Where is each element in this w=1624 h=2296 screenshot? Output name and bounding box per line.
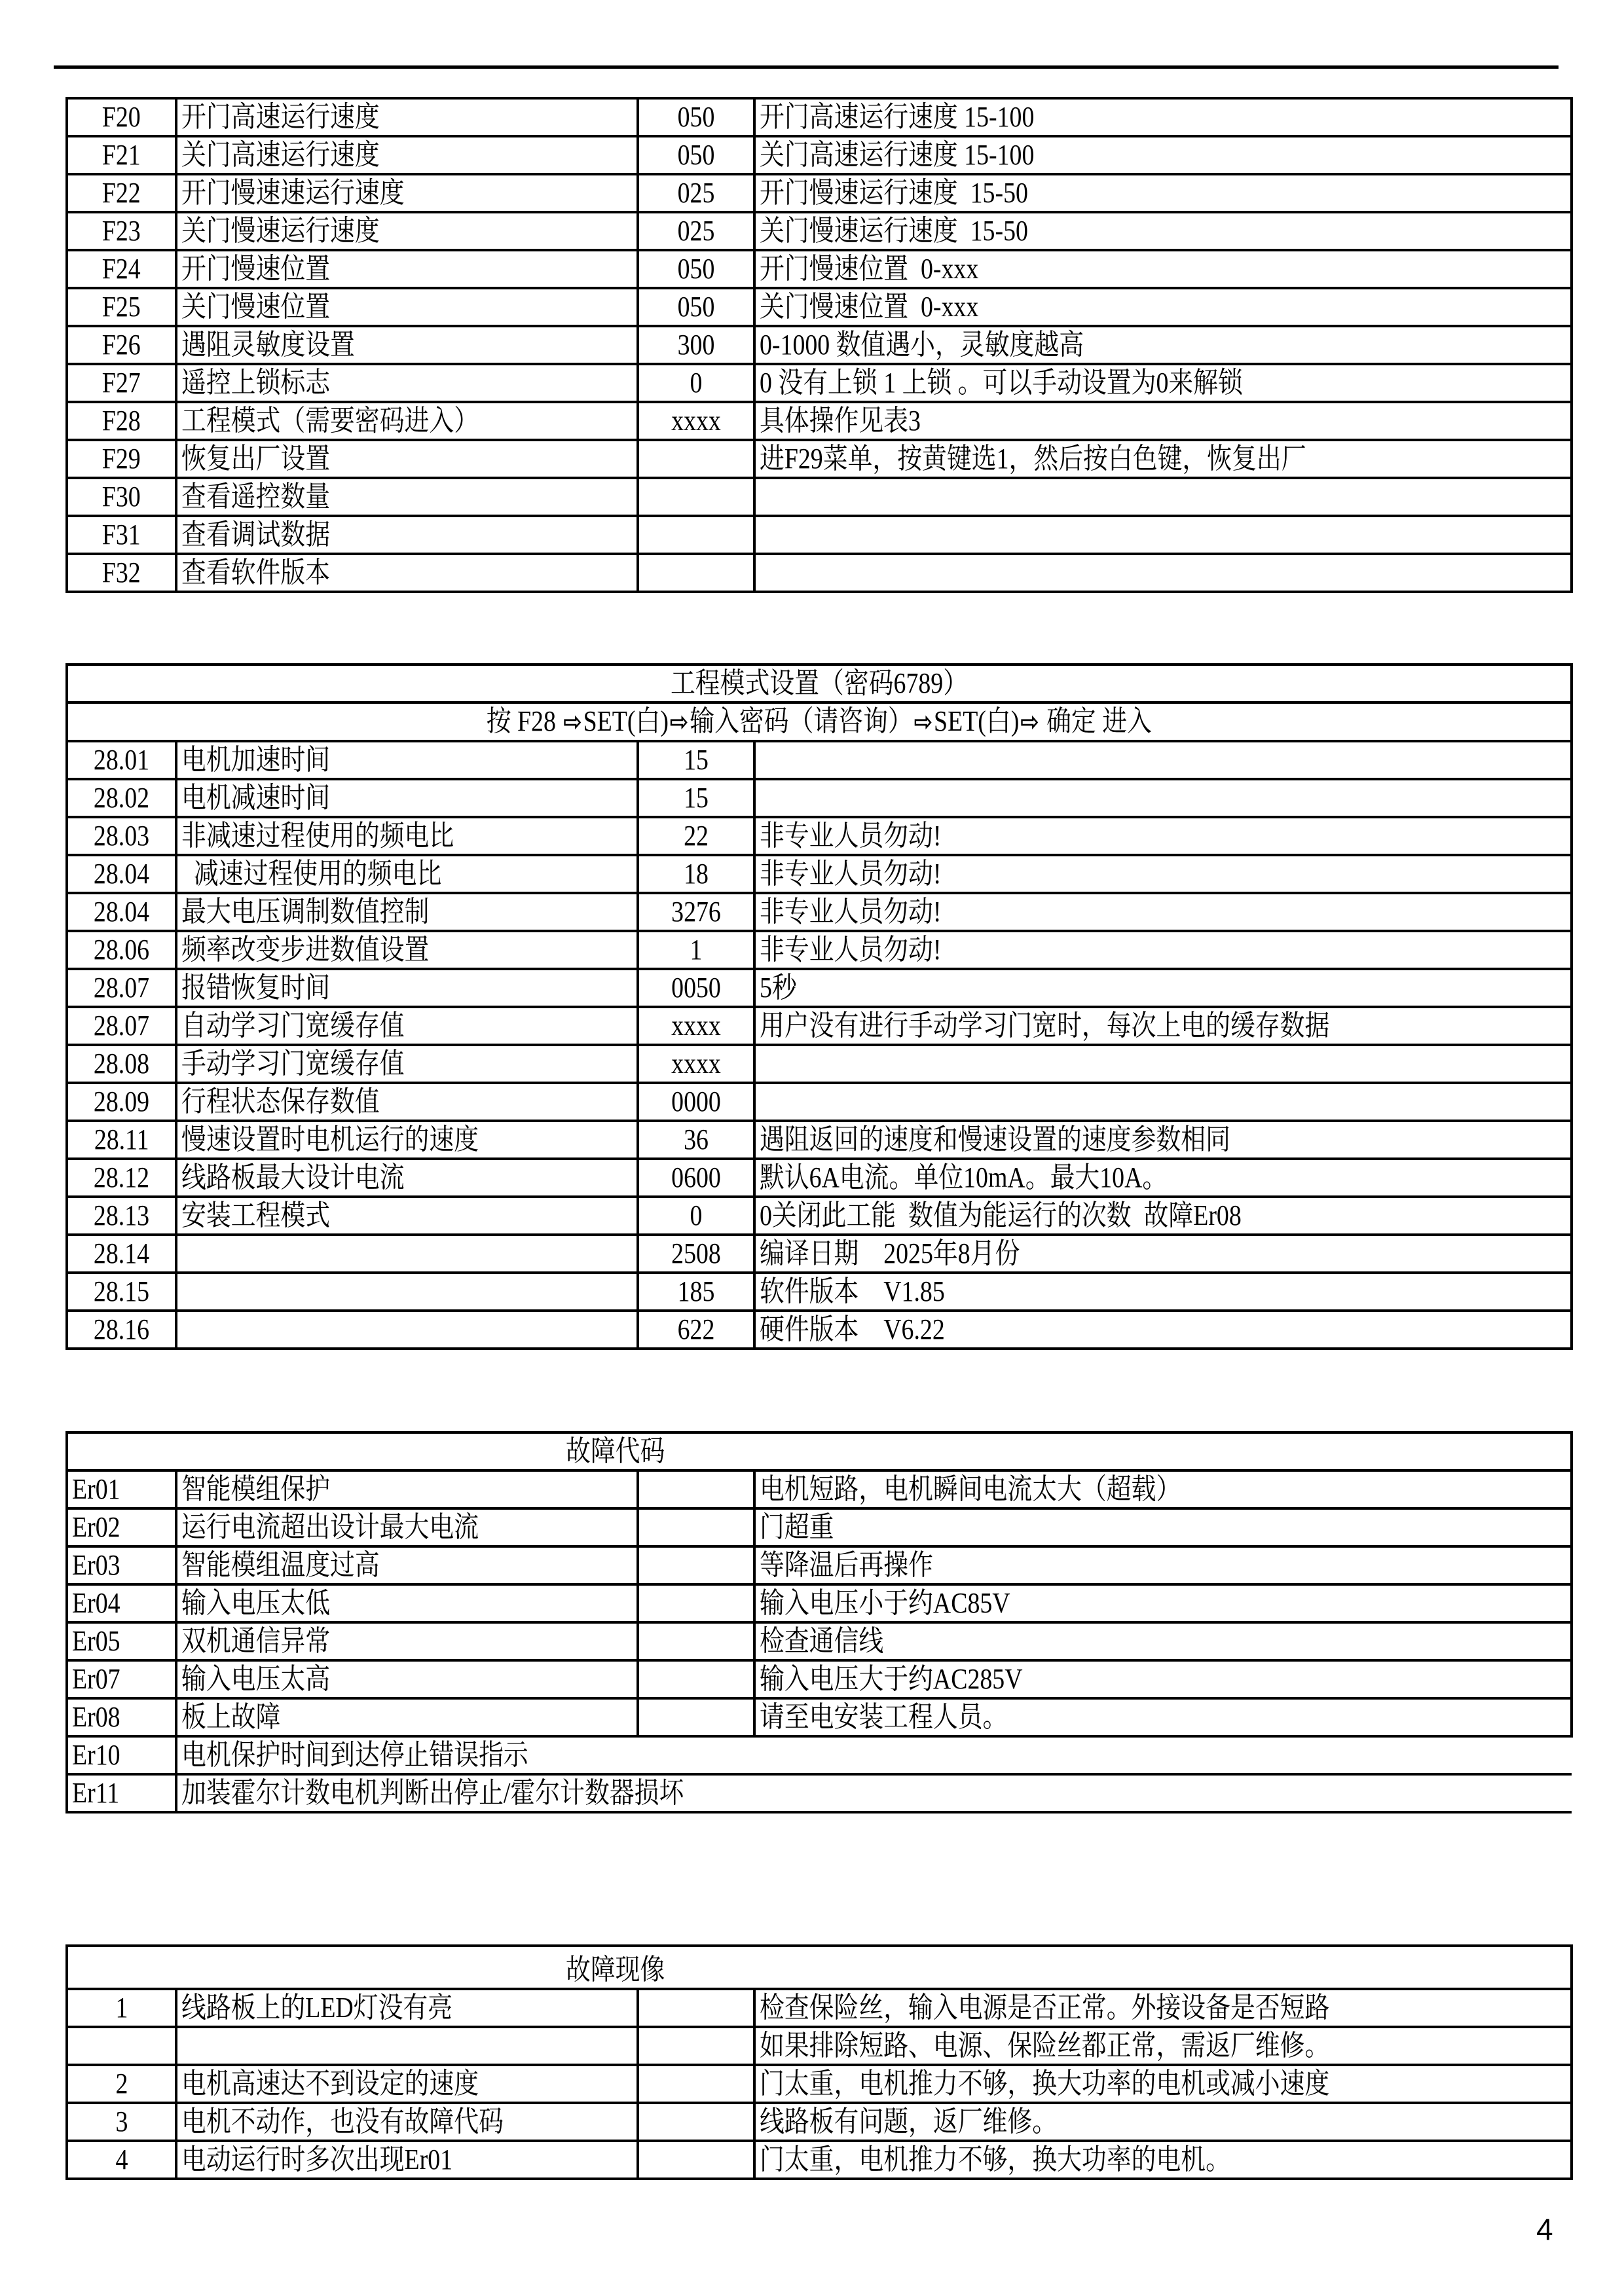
fault-code-text: Er04: [72, 1586, 120, 1621]
param-note-text: 关门慢速位置 0-xxx: [760, 289, 978, 325]
param-note-text: 具体操作见表3: [760, 403, 921, 439]
table-row: 28.11慢速设置时电机运行的速度36遇阻返回的速度和慢速设置的速度参数相同: [67, 1121, 1572, 1159]
fault-code: Er07: [67, 1660, 176, 1698]
instruction-step-set-confirm: SET(白): [934, 705, 1019, 737]
eng-name: 手动学习门宽缓存值: [176, 1045, 638, 1083]
param-value-text: xxxx: [671, 403, 721, 439]
eng-value-text: 185: [678, 1274, 715, 1309]
param-name: 关门高速运行速度: [176, 136, 638, 174]
symptom-description-text: 电动运行时多次出现Er01: [181, 2142, 452, 2178]
symptom-number: [67, 2027, 176, 2065]
param-code-text: F28: [102, 403, 141, 439]
param-name-text: 恢复出厂设置: [181, 441, 330, 477]
eng-name-text: 电机减速时间: [181, 780, 330, 816]
eng-name: [176, 1311, 638, 1349]
eng-value: 15: [638, 779, 754, 817]
symptom-number-text: 1: [115, 1990, 128, 2026]
param-note: [754, 516, 1572, 554]
fault-name-text: 双机通信异常: [181, 1624, 330, 1659]
param-value: 050: [638, 250, 754, 288]
fault-code: Er01: [67, 1470, 176, 1508]
fault-code: Er05: [67, 1622, 176, 1660]
symptom-description: 电机不动作，也没有故障代码: [176, 2103, 638, 2141]
symptom-solution-text: 门太重，电机推力不够，换大功率的电机或减小速度: [760, 2066, 1329, 2102]
eng-name-text: 减速过程使用的频电比: [181, 856, 441, 892]
fault-code-text: Er02: [72, 1510, 120, 1545]
eng-note-text: 默认6A电流。单位10mA。最大10A。: [760, 1160, 1167, 1195]
symptom-solution: 检查保险丝，输入电源是否正常。外接设备是否短路: [754, 1989, 1572, 2027]
eng-note-text: 编译日期 2025年8月份: [760, 1236, 1020, 1271]
table-row: 如果排除短路、电源、保险丝都正常，需返厂维修。: [67, 2027, 1572, 2065]
symptom-number-text: 4: [115, 2142, 128, 2178]
eng-name: 慢速设置时电机运行的速度: [176, 1121, 638, 1159]
eng-name: [176, 1235, 638, 1273]
symptom-solution-text: 如果排除短路、电源、保险丝都正常，需返厂维修。: [760, 2028, 1329, 2064]
eng-name-text: 自动学习门宽缓存值: [181, 1008, 405, 1044]
table-row: Er11加装霍尔计数电机判断出停止/霍尔计数器损坏: [67, 1774, 1572, 1812]
fault-code: Er08: [67, 1698, 176, 1736]
fault-note-text: 请至电安装工程人员。: [760, 1700, 1007, 1735]
eng-value: 18: [638, 855, 754, 893]
table-row: Er03智能模组温度过高等降温后再操作: [67, 1546, 1572, 1584]
param-code: F20: [67, 98, 176, 136]
symptom-number: 4: [67, 2141, 176, 2179]
fault-description: 加装霍尔计数电机判断出停止/霍尔计数器损坏: [176, 1774, 1572, 1812]
symptom-number-text: 3: [115, 2104, 128, 2140]
symptom-solution-text: 检查保险丝，输入电源是否正常。外接设备是否短路: [760, 1990, 1329, 2026]
table-row: 28.06频率改变步进数值设置1非专业人员勿动!: [67, 931, 1572, 969]
param-name: 工程模式（需要密码进入）: [176, 402, 638, 440]
eng-note: 非专业人员勿动!: [754, 931, 1572, 969]
empty-cell: [638, 1470, 754, 1508]
symptom-number: 2: [67, 2065, 176, 2103]
param-name-text: 查看软件版本: [181, 555, 330, 591]
symptom-solution: 如果排除短路、电源、保险丝都正常，需返厂维修。: [754, 2027, 1572, 2065]
table-row: 1线路板上的LED灯没有亮检查保险丝，输入电源是否正常。外接设备是否短路: [67, 1989, 1572, 2027]
empty-cell: [638, 2141, 754, 2179]
table-row: F32查看软件版本: [67, 554, 1572, 592]
eng-code: 28.12: [67, 1159, 176, 1197]
engineering-title-text: 工程模式设置（密码6789）: [671, 666, 968, 701]
empty-cell: [638, 2065, 754, 2103]
engineering-instruction: 按 F28 ⇨SET(白)⇨输入密码（请咨询）⇨SET(白)⇨ 确定 进入: [67, 702, 1572, 741]
param-code-text: F30: [102, 479, 141, 515]
eng-value: 0050: [638, 969, 754, 1007]
param-note-text: 0-1000 数值遇小，灵敏度越高: [760, 327, 1084, 363]
eng-note: [754, 1045, 1572, 1083]
table-row: Er04输入电压太低输入电压小于约AC85V: [67, 1584, 1572, 1622]
eng-value-text: 0050: [671, 970, 721, 1006]
param-name: 遇阻灵敏度设置: [176, 326, 638, 364]
eng-code: 28.08: [67, 1045, 176, 1083]
eng-name: 安装工程模式: [176, 1197, 638, 1235]
symptom-description-text: 电机不动作，也没有故障代码: [181, 2104, 504, 2140]
table-row: Er01智能模组保护电机短路，电机瞬间电流太大（超载）: [67, 1470, 1572, 1508]
param-name: 开门高速运行速度: [176, 98, 638, 136]
eng-value: 0000: [638, 1083, 754, 1121]
empty-cell: [638, 1989, 754, 2027]
param-name-text: 工程模式（需要密码进入）: [181, 403, 479, 439]
fault-code: Er10: [67, 1736, 176, 1774]
param-code-text: F29: [102, 441, 141, 477]
eng-name: 自动学习门宽缓存值: [176, 1007, 638, 1045]
eng-note-text: 非专业人员勿动!: [760, 894, 941, 930]
eng-code-text: 28.02: [94, 780, 149, 816]
param-name: 遥控上锁标志: [176, 364, 638, 402]
eng-note: 编译日期 2025年8月份: [754, 1235, 1572, 1273]
param-value-text: 300: [678, 327, 715, 363]
param-code: F22: [67, 174, 176, 212]
param-name: 关门慢速位置: [176, 288, 638, 326]
table-row: 28.09行程状态保存数值0000: [67, 1083, 1572, 1121]
eng-note: [754, 779, 1572, 817]
eng-value: 0: [638, 1197, 754, 1235]
fault-name: 板上故障: [176, 1698, 638, 1736]
param-value: [638, 478, 754, 516]
fault-code-text: Er08: [72, 1700, 120, 1735]
symptom-solution: 门太重，电机推力不够，换大功率的电机。: [754, 2141, 1572, 2179]
param-code-text: F21: [102, 137, 141, 173]
param-note: 开门高速运行速度 15-100: [754, 98, 1572, 136]
param-note: 0 没有上锁 1 上锁 。可以手动设置为0来解锁: [754, 364, 1572, 402]
fault-note: 门超重: [754, 1508, 1572, 1546]
eng-value: 22: [638, 817, 754, 855]
fault-name-text: 板上故障: [181, 1700, 280, 1735]
symptom-description: 电动运行时多次出现Er01: [176, 2141, 638, 2179]
eng-code: 28.16: [67, 1311, 176, 1349]
fault-symptom-title: 故障现像: [67, 1946, 1572, 1989]
symptom-description: 线路板上的LED灯没有亮: [176, 1989, 638, 2027]
fault-description-text: 电机保护时间到达停止错误指示: [181, 1738, 528, 1773]
eng-note-text: 5秒: [760, 970, 797, 1006]
eng-name: 电机减速时间: [176, 779, 638, 817]
eng-name-text: 报错恢复时间: [181, 970, 330, 1006]
table-row: 28.01电机加速时间15: [67, 741, 1572, 779]
param-code-text: F24: [102, 251, 141, 287]
eng-code-text: 28.04: [94, 856, 149, 892]
param-code: F32: [67, 554, 176, 592]
fault-note-text: 输入电压大于约AC285V: [760, 1662, 1023, 1697]
fault-note-text: 电机短路，电机瞬间电流太大（超载）: [760, 1472, 1181, 1507]
eng-code: 28.14: [67, 1235, 176, 1273]
eng-note: [754, 1083, 1572, 1121]
arrow-right-icon: ⇨: [669, 707, 690, 737]
eng-code-text: 28.15: [94, 1274, 149, 1309]
table-row: 4电动运行时多次出现Er01门太重，电机推力不够，换大功率的电机。: [67, 2141, 1572, 2179]
eng-value: 0600: [638, 1159, 754, 1197]
fault-name: 智能模组温度过高: [176, 1546, 638, 1584]
eng-note-text: 非专业人员勿动!: [760, 818, 941, 854]
empty-cell: [638, 1622, 754, 1660]
param-code: F28: [67, 402, 176, 440]
table-row: F24开门慢速位置050开门慢速位置 0-xxx: [67, 250, 1572, 288]
eng-code: 28.07: [67, 1007, 176, 1045]
eng-code: 28.13: [67, 1197, 176, 1235]
arrow-right-icon: ⇨: [913, 707, 934, 737]
symptom-solution-text: 门太重，电机推力不够，换大功率的电机。: [760, 2142, 1230, 2178]
fault-description-text: 加装霍尔计数电机判断出停止/霍尔计数器损坏: [181, 1776, 684, 1811]
param-note-text: 开门高速运行速度 15-100: [760, 100, 1034, 135]
param-code: F31: [67, 516, 176, 554]
fault-code-text: Er10: [72, 1738, 120, 1773]
table-row: 28.13安装工程模式00关闭此工能 数值为能运行的次数 故障Er08: [67, 1197, 1572, 1235]
param-name-text: 关门高速运行速度: [181, 137, 380, 173]
fault-code: Er02: [67, 1508, 176, 1546]
fault-description: 电机保护时间到达停止错误指示: [176, 1736, 1572, 1774]
eng-name-text: 安装工程模式: [181, 1198, 330, 1233]
fault-name: 输入电压太高: [176, 1660, 638, 1698]
eng-code-text: 28.07: [94, 970, 149, 1006]
table-row: F31查看调试数据: [67, 516, 1572, 554]
table-row: Er10电机保护时间到达停止错误指示: [67, 1736, 1572, 1774]
empty-cell: [638, 1584, 754, 1622]
param-note: 关门高速运行速度 15-100: [754, 136, 1572, 174]
table-row: F21关门高速运行速度050关门高速运行速度 15-100: [67, 136, 1572, 174]
fault-name-text: 智能模组温度过高: [181, 1548, 380, 1583]
eng-code: 28.04: [67, 855, 176, 893]
fault-note-text: 门超重: [760, 1510, 834, 1545]
fault-code-text: Er05: [72, 1624, 120, 1659]
table-row: F26遇阻灵敏度设置3000-1000 数值遇小，灵敏度越高: [67, 326, 1572, 364]
param-code: F30: [67, 478, 176, 516]
eng-name: 减速过程使用的频电比: [176, 855, 638, 893]
param-code-text: F32: [102, 555, 141, 591]
table-row: Er05双机通信异常检查通信线: [67, 1622, 1572, 1660]
param-code-text: F22: [102, 175, 141, 211]
arrow-right-icon: ⇨: [1020, 707, 1041, 737]
symptom-description: 电机高速达不到设定的速度: [176, 2065, 638, 2103]
eng-note: 5秒: [754, 969, 1572, 1007]
eng-code-text: 28.06: [94, 932, 149, 968]
table-row: F20开门高速运行速度050开门高速运行速度 15-100: [67, 98, 1572, 136]
symptom-number: 1: [67, 1989, 176, 2027]
instruction-step-set: SET(白): [583, 705, 669, 737]
instruction-step-password: 输入密码（请咨询）: [690, 705, 913, 737]
param-value: 050: [638, 98, 754, 136]
eng-code: 28.11: [67, 1121, 176, 1159]
fault-name: 输入电压太低: [176, 1584, 638, 1622]
eng-note-text: 非专业人员勿动!: [760, 932, 941, 968]
eng-name-text: 手动学习门宽缓存值: [181, 1046, 405, 1082]
fault-name: 智能模组保护: [176, 1470, 638, 1508]
eng-code-text: 28.12: [94, 1160, 149, 1195]
eng-note-text: 0关闭此工能 数值为能运行的次数 故障Er08: [760, 1198, 1242, 1233]
table-row: F30查看遥控数量: [67, 478, 1572, 516]
param-name-text: 查看遥控数量: [181, 479, 330, 515]
param-note: 具体操作见表3: [754, 402, 1572, 440]
param-value: [638, 516, 754, 554]
param-name: 查看遥控数量: [176, 478, 638, 516]
fault-code-text: Er07: [72, 1662, 120, 1697]
empty-cell: [638, 1660, 754, 1698]
param-value: xxxx: [638, 402, 754, 440]
param-note: 关门慢速运行速度 15-50: [754, 212, 1572, 250]
fault-note-text: 等降温后再操作: [760, 1548, 933, 1583]
table-row: 3电机不动作，也没有故障代码线路板有问题，返厂维修。: [67, 2103, 1572, 2141]
table-row: 28.142508编译日期 2025年8月份: [67, 1235, 1572, 1273]
eng-value-text: 2508: [671, 1236, 721, 1271]
param-name: 查看调试数据: [176, 516, 638, 554]
empty-cell: [638, 2103, 754, 2141]
param-note: 关门慢速位置 0-xxx: [754, 288, 1572, 326]
table-row: F27遥控上锁标志00 没有上锁 1 上锁 。可以手动设置为0来解锁: [67, 364, 1572, 402]
fault-code-title-row: 故障代码: [67, 1432, 1572, 1470]
empty-cell: [638, 1698, 754, 1736]
table-row: 28.12线路板最大设计电流0600默认6A电流。单位10mA。最大10A。: [67, 1159, 1572, 1197]
eng-code-text: 28.04: [94, 894, 149, 930]
table-row: Er08板上故障请至电安装工程人员。: [67, 1698, 1572, 1736]
param-value-text: 025: [678, 213, 715, 249]
param-note: 0-1000 数值遇小，灵敏度越高: [754, 326, 1572, 364]
param-code-text: F23: [102, 213, 141, 249]
param-note-text: 开门慢速运行速度 15-50: [760, 175, 1028, 211]
header-rule: [54, 65, 1559, 69]
fault-note: 等降温后再操作: [754, 1546, 1572, 1584]
table-row: F23关门慢速运行速度025关门慢速运行速度 15-50: [67, 212, 1572, 250]
symptom-number: 3: [67, 2103, 176, 2141]
eng-name: 电机加速时间: [176, 741, 638, 779]
param-name-text: 关门慢速运行速度: [181, 213, 380, 249]
param-name: 恢复出厂设置: [176, 440, 638, 478]
param-value: 300: [638, 326, 754, 364]
fault-name-text: 输入电压太低: [181, 1586, 330, 1621]
eng-note-text: 软件版本 V1.85: [760, 1274, 945, 1309]
table-row: 28.04最大电压调制数值控制3276非专业人员勿动!: [67, 893, 1572, 931]
param-value: [638, 554, 754, 592]
fault-code-text: Er03: [72, 1548, 120, 1583]
fault-code: Er04: [67, 1584, 176, 1622]
symptom-solution-text: 线路板有问题，返厂维修。: [760, 2104, 1057, 2140]
param-value: 0: [638, 364, 754, 402]
eng-note: 遇阻返回的速度和慢速设置的速度参数相同: [754, 1121, 1572, 1159]
param-note-text: 0 没有上锁 1 上锁 。可以手动设置为0来解锁: [760, 365, 1243, 401]
param-note: 开门慢速位置 0-xxx: [754, 250, 1572, 288]
eng-value-text: 0600: [671, 1160, 721, 1195]
table-row: 28.03非减速过程使用的频电比22非专业人员勿动!: [67, 817, 1572, 855]
engineering-instruction-row: 按 F28 ⇨SET(白)⇨输入密码（请咨询）⇨SET(白)⇨ 确定 进入: [67, 702, 1572, 741]
param-note-text: 关门高速运行速度 15-100: [760, 137, 1034, 173]
fault-name: 运行电流超出设计最大电流: [176, 1508, 638, 1546]
table-row: 28.16622硬件版本 V6.22: [67, 1311, 1572, 1349]
fault-code: Er11: [67, 1774, 176, 1812]
eng-note-text: 用户没有进行手动学习门宽时，每次上电的缓存数据: [760, 1008, 1329, 1044]
table-row: 28.04 减速过程使用的频电比18非专业人员勿动!: [67, 855, 1572, 893]
param-code: F25: [67, 288, 176, 326]
param-value: 025: [638, 212, 754, 250]
eng-code-text: 28.03: [94, 818, 149, 854]
fault-note: 输入电压大于约AC285V: [754, 1660, 1572, 1698]
fault-code-table: 故障代码 Er01智能模组保护电机短路，电机瞬间电流太大（超载）Er02运行电流…: [65, 1431, 1573, 1813]
eng-name: 行程状态保存数值: [176, 1083, 638, 1121]
table-row: F28工程模式（需要密码进入）xxxx具体操作见表3: [67, 402, 1572, 440]
eng-value-text: 622: [678, 1312, 715, 1347]
param-value-text: 050: [678, 137, 715, 173]
eng-name: [176, 1273, 638, 1311]
eng-code: 28.09: [67, 1083, 176, 1121]
table-row: 28.08手动学习门宽缓存值xxxx: [67, 1045, 1572, 1083]
param-code: F26: [67, 326, 176, 364]
eng-code: 28.06: [67, 931, 176, 969]
empty-cell: [638, 1508, 754, 1546]
eng-code: 28.03: [67, 817, 176, 855]
eng-note: 用户没有进行手动学习门宽时，每次上电的缓存数据: [754, 1007, 1572, 1045]
param-code: F29: [67, 440, 176, 478]
eng-note-text: 非专业人员勿动!: [760, 856, 941, 892]
eng-name: 频率改变步进数值设置: [176, 931, 638, 969]
eng-value: 15: [638, 741, 754, 779]
eng-code: 28.15: [67, 1273, 176, 1311]
eng-code-text: 28.14: [94, 1236, 149, 1271]
param-value-text: 050: [678, 289, 715, 325]
table-row: F25关门慢速位置050关门慢速位置 0-xxx: [67, 288, 1572, 326]
param-value: 025: [638, 174, 754, 212]
function-parameter-table: F20开门高速运行速度050开门高速运行速度 15-100F21关门高速运行速度…: [65, 97, 1573, 593]
table-row: 28.07自动学习门宽缓存值xxxx用户没有进行手动学习门宽时，每次上电的缓存数…: [67, 1007, 1572, 1045]
param-value-text: 050: [678, 251, 715, 287]
symptom-description-text: 线路板上的LED灯没有亮: [181, 1990, 452, 2026]
param-name: 开门慢速速运行速度: [176, 174, 638, 212]
fault-note: 电机短路，电机瞬间电流太大（超载）: [754, 1470, 1572, 1508]
param-value: 050: [638, 136, 754, 174]
eng-note: [754, 741, 1572, 779]
param-note-text: 关门慢速运行速度 15-50: [760, 213, 1028, 249]
param-code-text: F26: [102, 327, 141, 363]
fault-symptom-title-row: 故障现像: [67, 1946, 1572, 1989]
eng-value: xxxx: [638, 1045, 754, 1083]
table-row: Er07输入电压太高输入电压大于约AC285V: [67, 1660, 1572, 1698]
engineering-title: 工程模式设置（密码6789）: [67, 665, 1572, 702]
eng-name: 线路板最大设计电流: [176, 1159, 638, 1197]
arrow-right-icon: ⇨: [563, 707, 583, 737]
page-number: 4: [1536, 2212, 1553, 2247]
symptom-number-text: 2: [115, 2066, 128, 2102]
eng-value-text: 1: [690, 932, 703, 968]
eng-code: 28.01: [67, 741, 176, 779]
param-code: F24: [67, 250, 176, 288]
table-row: 28.07报错恢复时间00505秒: [67, 969, 1572, 1007]
param-code-text: F27: [102, 365, 141, 401]
table-row: F22开门慢速速运行速度025开门慢速运行速度 15-50: [67, 174, 1572, 212]
param-note: [754, 554, 1572, 592]
symptom-solution: 线路板有问题，返厂维修。: [754, 2103, 1572, 2141]
eng-code-text: 28.16: [94, 1312, 149, 1347]
eng-value-text: xxxx: [671, 1008, 721, 1044]
param-code: F23: [67, 212, 176, 250]
eng-name: 最大电压调制数值控制: [176, 893, 638, 931]
engineering-mode-table: 工程模式设置（密码6789） 按 F28 ⇨SET(白)⇨输入密码（请咨询）⇨S…: [65, 663, 1573, 1350]
eng-name: 非减速过程使用的频电比: [176, 817, 638, 855]
fault-code-title: 故障代码: [67, 1432, 1572, 1470]
eng-code-text: 28.07: [94, 1008, 149, 1044]
eng-note: 软件版本 V1.85: [754, 1273, 1572, 1311]
param-code: F27: [67, 364, 176, 402]
fault-symptom-table: 故障现像 1线路板上的LED灯没有亮检查保险丝，输入电源是否正常。外接设备是否短…: [65, 1944, 1573, 2180]
param-name-text: 关门慢速位置: [181, 289, 330, 325]
param-value: [638, 440, 754, 478]
param-name-text: 开门慢速位置: [181, 251, 330, 287]
eng-value-text: 0000: [671, 1084, 721, 1120]
symptom-solution: 门太重，电机推力不够，换大功率的电机或减小速度: [754, 2065, 1572, 2103]
eng-name-text: 频率改变步进数值设置: [181, 932, 429, 968]
param-value: 050: [638, 288, 754, 326]
param-value-text: 050: [678, 100, 715, 135]
eng-code-text: 28.13: [94, 1198, 149, 1233]
table-row: 28.02电机减速时间15: [67, 779, 1572, 817]
param-code: F21: [67, 136, 176, 174]
eng-value: 185: [638, 1273, 754, 1311]
eng-value-text: 36: [684, 1122, 709, 1157]
eng-note: 默认6A电流。单位10mA。最大10A。: [754, 1159, 1572, 1197]
